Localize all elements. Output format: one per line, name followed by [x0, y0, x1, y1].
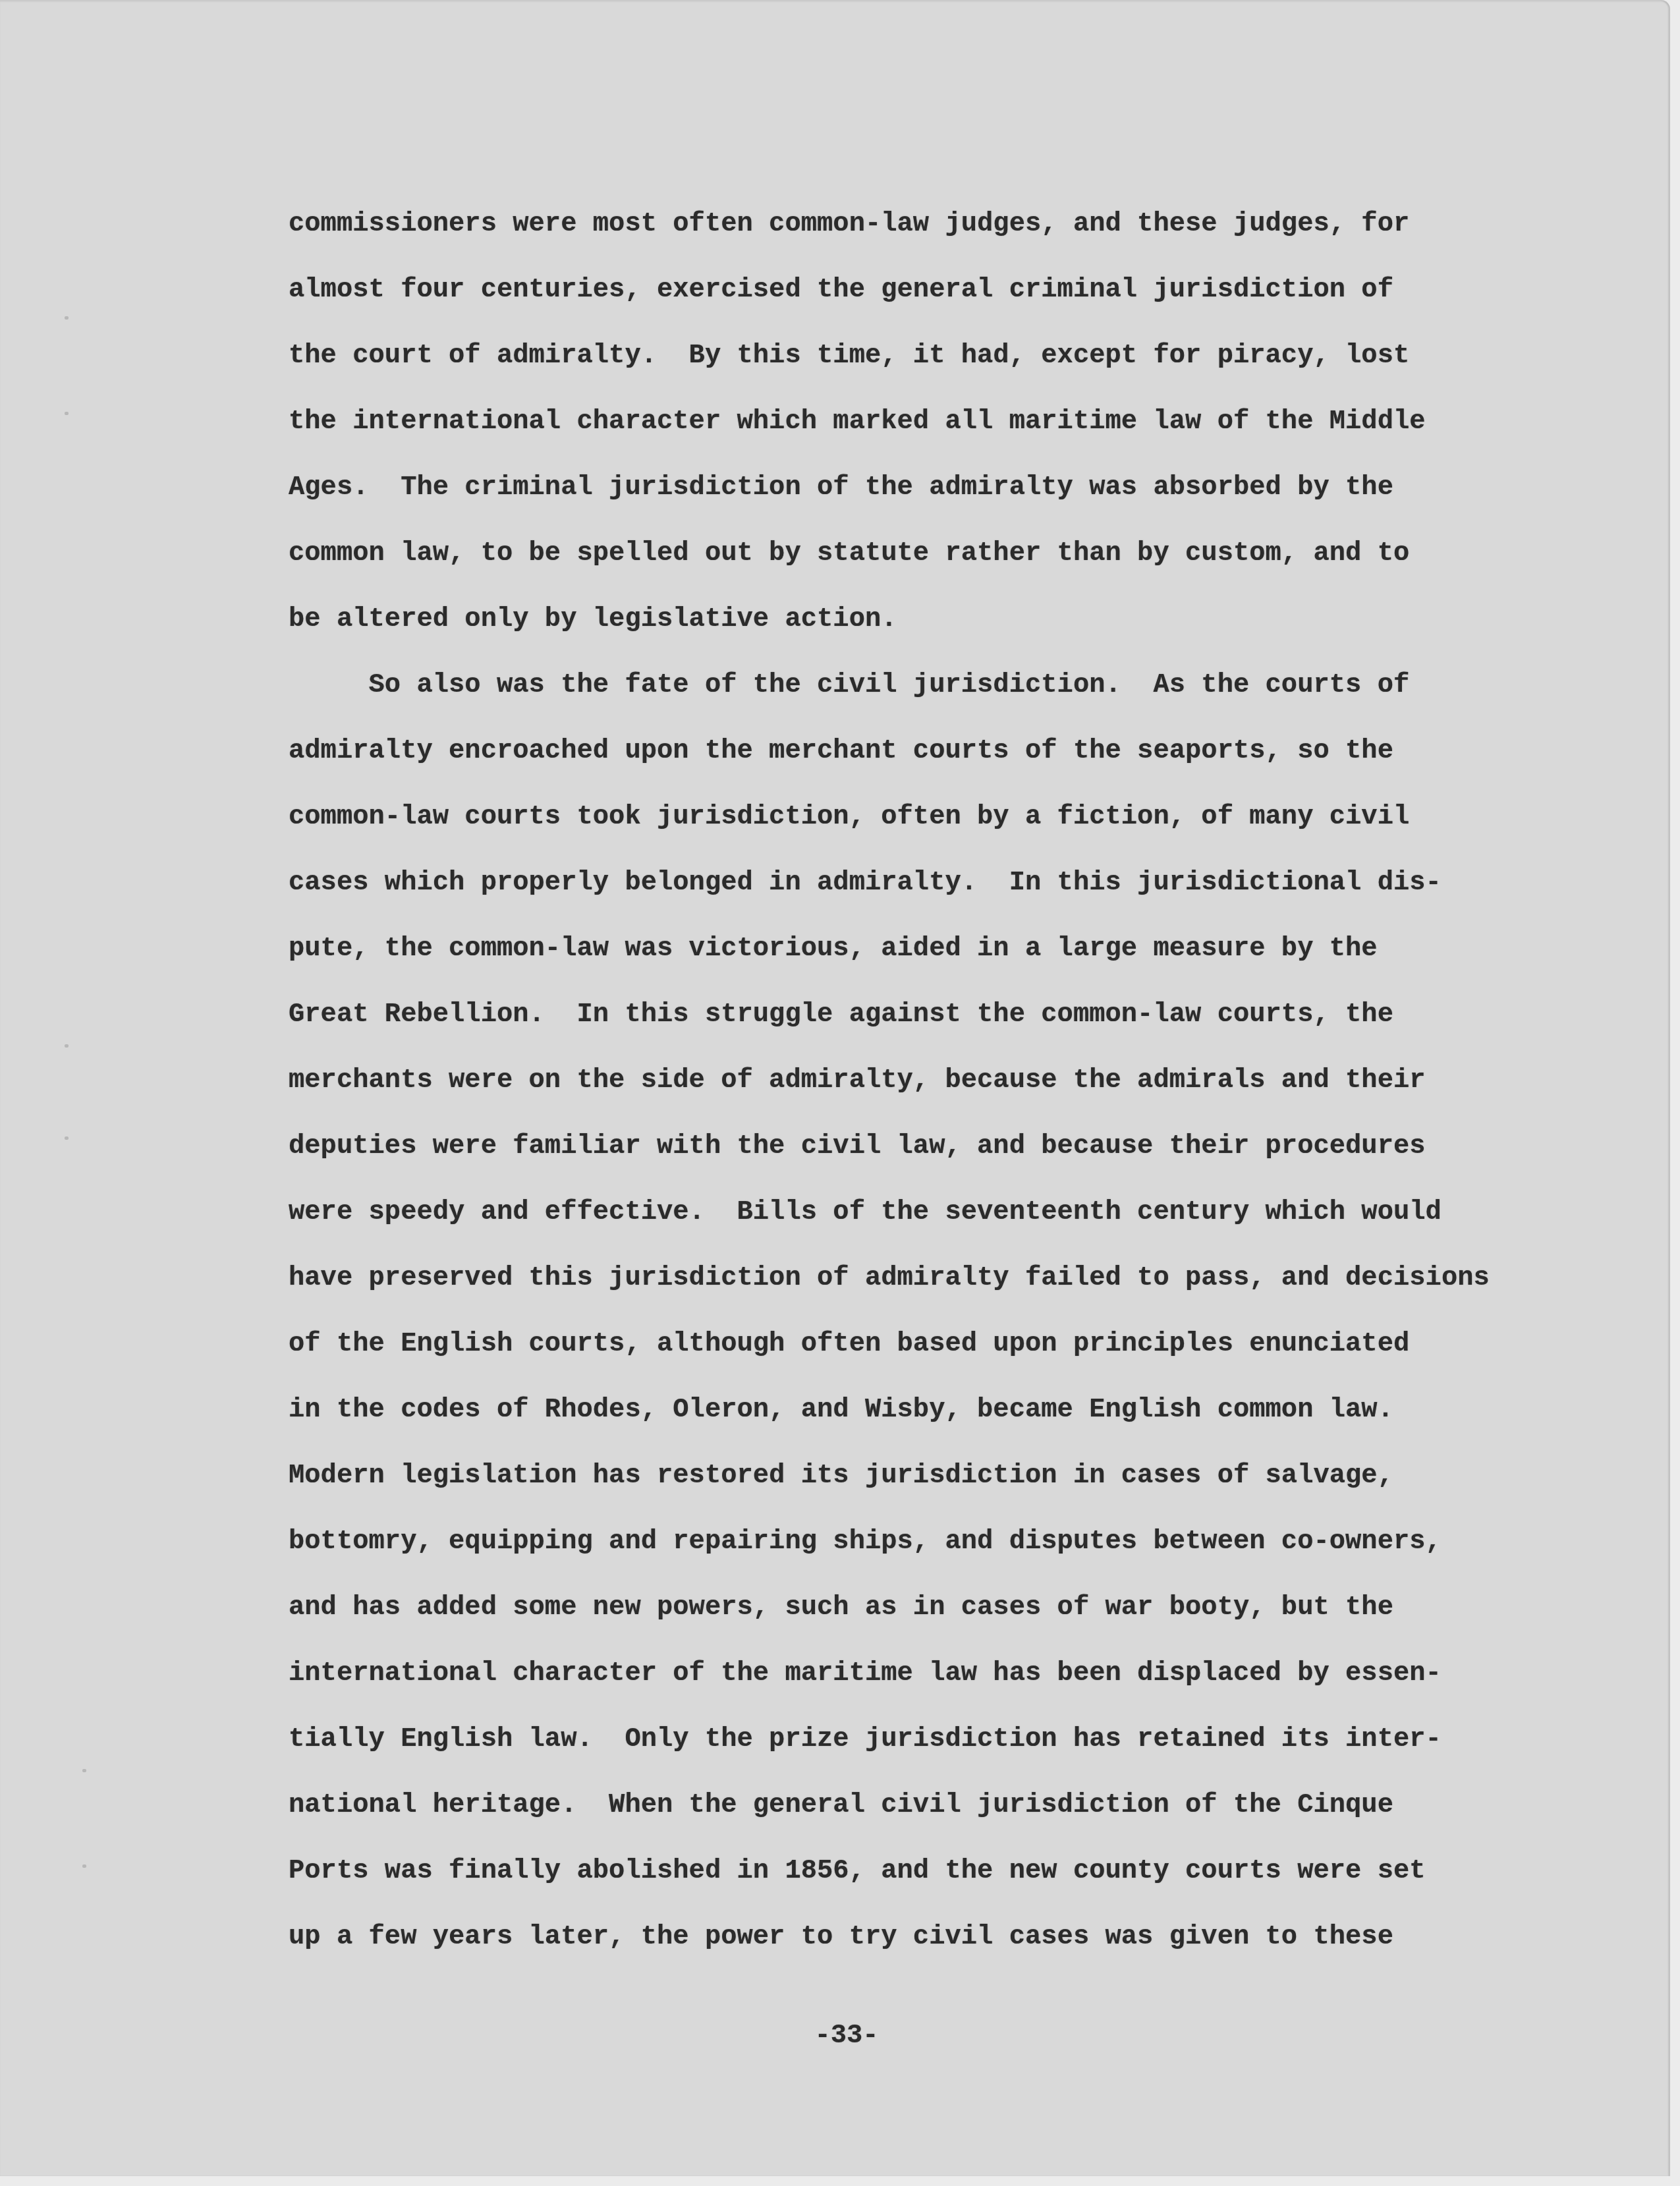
page-number: -33- [0, 2023, 1680, 2050]
text-line: merchants were on the side of admiralty,… [289, 1067, 1426, 1094]
margin-speck [82, 1769, 86, 1772]
text-line: common-law courts took jurisdiction, oft… [289, 804, 1409, 831]
margin-speck [65, 1044, 69, 1048]
text-line: international character of the maritime … [289, 1660, 1442, 1687]
text-line: tially English law. Only the prize juris… [289, 1726, 1442, 1753]
text-line: the court of admiralty. By this time, it… [289, 343, 1409, 370]
text-line: were speedy and effective. Bills of the … [289, 1199, 1442, 1226]
text-line: be altered only by legislative action. [289, 606, 897, 633]
text-line: So also was the fate of the civil jurisd… [289, 672, 1409, 699]
text-line: of the English courts, although often ba… [289, 1331, 1409, 1358]
margin-speck [65, 316, 69, 320]
text-line: admiralty encroached upon the merchant c… [289, 738, 1393, 765]
margin-speck [65, 412, 69, 415]
document-page: commissioners were most often common-law… [0, 0, 1670, 2176]
margin-speck [65, 1136, 69, 1140]
text-line: Great Rebellion. In this struggle agains… [289, 1001, 1393, 1028]
text-line: and has added some new powers, such as i… [289, 1594, 1393, 1621]
text-line: up a few years later, the power to try c… [289, 1924, 1393, 1951]
text-line: the international character which marked… [289, 408, 1426, 435]
text-line: Ages. The criminal jurisdiction of the a… [289, 474, 1393, 501]
text-line: almost four centuries, exercised the gen… [289, 277, 1393, 304]
text-line: in the codes of Rhodes, Oleron, and Wisb… [289, 1397, 1393, 1424]
text-line: pute, the common-law was victorious, aid… [289, 936, 1378, 963]
text-line: have preserved this jurisdiction of admi… [289, 1265, 1490, 1292]
text-line: deputies were familiar with the civil la… [289, 1133, 1426, 1160]
text-line: Ports was finally abolished in 1856, and… [289, 1858, 1426, 1885]
text-line: commissioners were most often common-law… [289, 211, 1409, 238]
text-line: common law, to be spelled out by statute… [289, 540, 1409, 567]
text-line: national heritage. When the general civi… [289, 1792, 1393, 1819]
text-line: bottomry, equipping and repairing ships,… [289, 1528, 1442, 1555]
text-line: cases which properly belonged in admiral… [289, 870, 1442, 897]
margin-speck [82, 1864, 86, 1868]
text-line: Modern legislation has restored its juri… [289, 1463, 1393, 1490]
